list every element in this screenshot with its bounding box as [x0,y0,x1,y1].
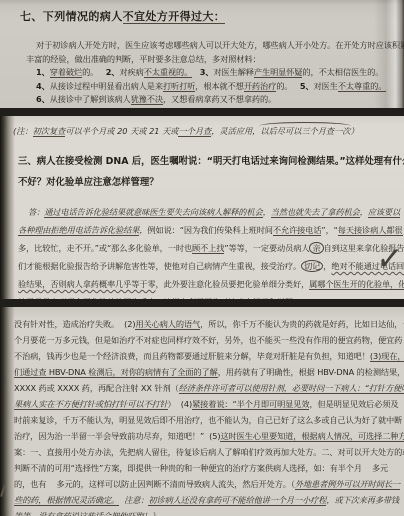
arc-annotation: 以后尽可以三个月查一次 [260,126,350,136]
handwritten-margin-mark [0,484,5,497]
text-segment: 2、 [106,67,120,77]
text-segment: XXXX 药或 XXXX 药，再配合注射 XX 针剂（ [14,383,179,393]
text-segment: 产生明显怀疑 [254,67,303,78]
text-segment: 治疗，因为治一半留一半会导致前功尽弃，知道吧！” (5) [14,431,220,441]
text-segment: 4、 [36,81,50,91]
text-segment: 可以半个月或 20 天或 21 天或 [65,126,178,136]
text-segment: ， [360,207,368,217]
text-line: 时前来复诊，千万不能认为，明显见效后即不用治疗，也不能认为，自己已好了这么多或自… [0,412,404,428]
text-segment: 经济条件许可者可以使用针剂，必要时问一下病人：“打针方便吧”。如 [179,383,404,394]
text-line: 结果尽量交到哪个开化验单的医生手中，这样有利于医生对该病人解释和说服。 [0,293,404,299]
text-segment: ） (4) [168,399,192,409]
text-line: 们通过查 HBV-DNA 检测后，对你的病情有了全面的了解，用药就有了明确性，根… [0,364,404,380]
text-segment: ， [263,207,271,217]
text-line: 个月要花一万多元钱，但是如治疗不对症也同样疗效不好，另外，也不能买一些没有作用的… [0,332,404,348]
text-segment: ，用药就有了明确性，根据 HBV-DNA 的检测结果，可使用 [218,367,404,377]
text-line: 多，比较忙，走不开。”或“那么多化验单，一时也顾不上找”等等，一定要动员病人亲自… [0,239,404,257]
document-strip-answer-continuation: 没有针对性，造成治疗失败。 (2)用关心病人的语气，所以，你千万不能认为贵的药就… [0,307,404,516]
circled-annotation: 切记 [301,260,323,272]
text-segment: 例如说：“因为我们传染科上班时间 [147,225,272,235]
circled-annotation: 亲 [309,242,323,254]
text-segment: 的，也有 多元的，这样可以防止因判断不清而导致病人流失，然后开处方。（ [14,479,295,489]
text-segment: 每天接诊病人都很 [338,225,403,236]
text-segment: 对疾病 [119,67,143,77]
text-line: 三、病人在接受检测 DNA 后，医生嘱咐说：“明天打电话过来询问检测结果。”这样… [0,155,404,168]
text-segment: 从接诊中了解到该病人 [50,94,131,104]
text-segment: 对于初诊病人开处方时，医生应该考虑哪些病人可以开大处方，哪些病人开小处方。在开处… [26,40,404,50]
text-segment: ） [350,126,358,136]
text-line: 的，也有 多元的，这样可以防止因判断不清而导致病人流失，然后开处方。（外地患者例… [0,476,404,492]
text-segment: 的，不太相信医生的。 [302,67,383,77]
text-segment: 各种理由拒绝用电话告诉化验结果 [18,225,139,236]
text-segment: 属哪个医生开的化验单，化验 [309,279,404,290]
text-segment [26,94,36,104]
text-segment: 初诊病人还没有拿药可不能给他讲一个月一小疗程 [148,495,326,506]
text-segment: 丰富的经验，做出准确的判断，平时要多注意总结，多对照材料： [26,54,261,64]
text-segment: ，此外要注意化验员要把化验单细分类好， [156,279,310,289]
text-segment: 不太尊重的。 [338,81,387,92]
text-segment [26,67,36,77]
text-segment: 多，比较忙，走不开。”或“那么多化验单，一时也 [18,243,192,253]
text-segment: (3)现在，我 [370,351,404,362]
text-line: (注：初次复查可以半个月或 20 天或 21 天或一个月查，灵活应用，以后尽可以… [0,125,404,138]
text-segment: ，根本就不想 [195,81,244,91]
text-segment: 验结果，否则病人拿药概率几乎等于零 [18,279,156,289]
text-segment [192,67,200,77]
text-line: 丰富的经验，做出准确的判断，平时要多注意总结，多对照材料： [0,53,404,67]
text-segment: 对医生 [314,81,338,91]
text-line: 果病人实在不方便打针或怕打针可以不打针） (4)紧接着说：“半个月即可明显见效，… [0,396,404,412]
text-line: 答：通过电话告诉化验结果就意味医生要失去向该病人解释的机会，当然也就失去了拿药机… [0,203,404,221]
text-segment: 三、病人在接受检测 DNA 后，医生嘱咐说：“明天打电话过来询问检测结果。”这样… [18,156,404,167]
text-segment: ，或下次来再多带钱 [326,495,399,505]
text-segment: 顾不上找 [192,243,224,254]
text-segment: 不宜处方开得过大： [123,10,226,24]
text-segment: ，灵活应用， [211,126,260,136]
text-segment: 个月要花一万多元钱，但是如治疗不对症也同样疗效不好，另外，也不能买一些没有作用的… [14,335,402,345]
text-segment: 答： [18,207,44,217]
text-segment: 不好？对化验单应注意怎样管理？ [18,177,159,188]
text-line: 七、下列情况的病人不宜处方开得过大： [0,9,404,24]
text-segment: ，所以，你千万不能认为贵的药就是好药，比如日达仙，一 [200,319,404,329]
text-segment: 案：一、直接用小处方办法，先把病人留住，待复诊后病人了解咱们疗效再加大处方。二、… [14,447,404,457]
text-line: 6、从接诊中了解到该病人犹豫不决，又想看病拿药又不想拿药的。 [0,93,404,107]
text-segment: 不允许接电话 [273,225,322,236]
text-segment: 时前来复诊，千万不能认为，明显见效后即不用治疗，也不能认为，自己已好了这么多或自… [14,415,402,425]
text-segment: 结果尽量交到哪个开化验单的医生手中 [18,297,156,299]
text-segment: 紧接着说：“半个月即可明显见效 [192,399,309,410]
text-segment: 不太重视的。 [144,67,193,78]
document-strip-question7: 七、下列情况的病人不宜处方开得过大： 对于初诊病人开处方时，医生应该考虑哪些病人… [0,0,404,108]
text-line: 各种理由拒绝用电话告诉化验结果，例如说：“因为我们传染科上班时间不允许接电话”，… [0,221,404,239]
text-line: 判断不清的可用“选择性”方案，即提供一种贵的和一种便宜的治疗方案供病人选择，如：… [0,460,404,476]
text-line: 不治病，钱再少也是一个经济浪费，而且药物都要通过肝脏来分解，毕竟对肝脏是有负担，… [0,348,404,364]
text-segment: 注意： [119,495,148,505]
text-segment: 3、 [200,67,214,77]
photographed-document-page: { "annotations": { "checkmark": "✓" }, "… [0,0,404,516]
text-line: 些的药，根据情况灵活确定。 注意：初诊病人还没有拿药可不能给他讲一个月一小疗程，… [0,492,404,508]
text-segment [26,81,36,91]
text-segment: ”等等，一定要动员病人 [224,243,309,253]
text-segment: 当然也就失去了拿药机会 [271,207,360,218]
document-strip-question3: ✓ (注：初次复查可以半个月或 20 天或 21 天或一个月查，灵活应用，以后尽… [0,116,404,299]
text-segment: 从接诊过程中明显看出病人是来 [50,81,163,91]
text-segment: 对医生解释 [213,67,253,77]
text-segment: 犹豫不决 [131,94,163,105]
text-segment: 判断不清的可用“选择性”方案，即提供一种贵的和一种便宜的治疗方案供病人选择，如：… [14,463,388,473]
text-segment: ”，“ [321,225,337,235]
text-line: 1、穿着破烂的。 2、对疾病不太重视的。 3、对医生解释产生明显怀疑的，不太相信… [0,66,404,80]
text-segment: 开药治疗 [244,81,276,92]
text-segment: 初次复查 [33,126,66,137]
text-segment: 们通过查 HBV-DNA 检测后，对你的病情有了全面的了解 [14,367,218,378]
text-line: XXXX 药或 XXXX 药，再配合注射 XX 针剂（经济条件许可者可以使用针剂… [0,380,404,396]
text-segment: 没有针对性，造成治疗失败。 (2) [14,319,135,329]
text-line: 们才能根据化验报告给予讲解危害性等，使他对自己病情产生重视，接受治疗。切记，绝对… [0,257,404,275]
text-segment: 些的药，根据情况灵活确定。 [14,495,119,506]
text-segment: 一个月查 [178,126,211,137]
text-line: 对于初诊病人开处方时，医生应该考虑哪些病人可以开大处方，哪些病人开小处方。在开处… [0,39,404,53]
text-segment: 果病人实在不方便打针或怕打针可以不打针 [14,399,168,410]
text-segment: 6、 [36,94,50,104]
text-line: 没有针对性，造成治疗失败。 (2)用关心病人的语气，所以，你千万不能认为贵的药就… [0,316,404,332]
text-segment: ，但是明显见效后必须及 [309,399,398,409]
text-segment: 5、 [300,81,314,91]
text-segment: (注： [13,126,33,136]
text-segment: ，这样有利于医生对该病人解释和说服。 [156,297,302,299]
text-segment: 1、 [36,67,50,77]
checkmark-annotation: ✓ [375,238,404,281]
text-line: 验结果，否则病人拿药概率几乎等于零，此外要注意化验员要把化验单细分类好，属哪个医… [0,275,404,293]
text-line: 4、从接诊过程中明显看出病人是来打听打听，根本就不想开药治疗的。 5、对医生不太… [0,80,404,94]
text-segment: 应该要以 [368,207,400,218]
text-segment: 不治病，钱再少也是一个经济浪费，而且药物都要通过肝脏来分解，毕竟对肝脏是有负担，… [14,351,370,361]
text-segment: 的。 [276,81,300,91]
text-segment: 外地患者例外可以开时间长一 [295,479,400,490]
text-segment: ，又想看病拿药又不想拿药的。 [163,94,276,104]
text-segment: 这时医生心里要知道，根据病人情况，可选择二种方 [220,431,404,442]
text-line: 治疗，因为治一半留一半会导致前功尽弃，知道吧！” (5)这时医生心里要知道，根据… [0,428,404,444]
text-segment: 打听打听 [163,81,195,92]
text-line: 案：一、直接用小处方办法，先把病人留住，待复诊后病人了解咱们疗效再加大处方。二、… [0,444,404,460]
text-segment: 们才能根据化验报告给予讲解危害性等，使他对自己病情产生重视，接受治疗。 [18,261,301,271]
text-segment: 七、下列情况的病人 [20,10,123,23]
text-segment: 穿着破烂 [50,67,82,78]
text-segment: 通过电话告诉化验结果就意味医生要失去向该病人解释的机会 [44,207,262,218]
text-segment: 用关心病人的语气 [135,319,200,330]
text-segment: 的。 [82,67,106,77]
text-segment: 等等。没有拿药说这些话会把他吓跑！） [14,511,160,516]
text-line: 不好？对化验单应注意怎样管理？ [0,176,404,189]
text-line: 等等。没有拿药说这些话会把他吓跑！） [0,508,404,516]
